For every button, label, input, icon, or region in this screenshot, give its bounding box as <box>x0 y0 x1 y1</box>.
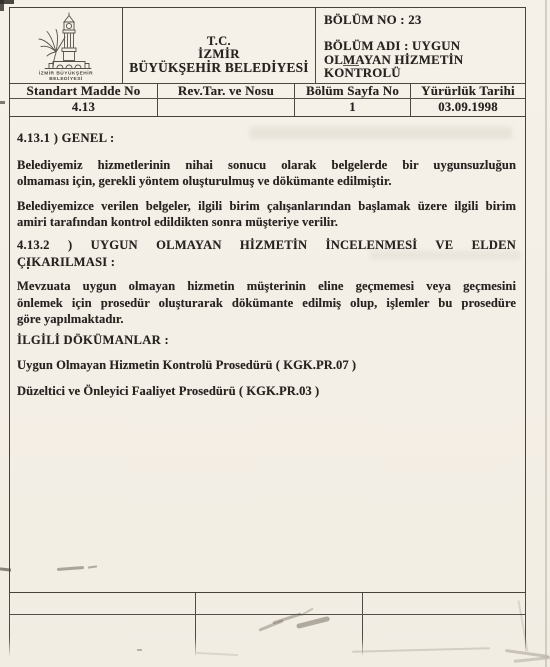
organization-title-cell: T.C. İZMİR BÜYÜKŞEHİR BELEDİYESİ <box>123 8 316 83</box>
org-line-izmir: İZMİR <box>198 48 240 61</box>
paragraph-1: Belediyemiz hizmetlerinin nihai sonucu o… <box>17 157 516 190</box>
related-document-1: Uygun Olmayan Hizmetin Kontrolü Prosedür… <box>17 357 516 373</box>
meta-value-bolum-sayfa-no: 1 <box>295 99 411 116</box>
footer-vertical-line <box>362 593 363 657</box>
paragraph-line: amiri tarafından kontrol edildikten sonr… <box>17 214 516 230</box>
footer-vertical-line <box>9 593 10 657</box>
header-row: İZMİR BÜYÜKŞEHİR BELEDİYESİ T.C. İZMİR B… <box>10 8 525 84</box>
meta-values-row: 4.13 1 03.09.1998 <box>10 99 525 117</box>
scan-artifact-underline <box>343 65 359 66</box>
meta-header-bolum-sayfa-no: Bölüm Sayfa No <box>295 84 411 98</box>
paragraph-2: Belediyemizce verilen belgeler, ilgili b… <box>17 198 516 231</box>
logo-cell: İZMİR BÜYÜKŞEHİR BELEDİYESİ <box>10 8 123 83</box>
section-info-cell: BÖLÜM NO : 23 BÖLÜM ADI : UYGUN OLMAYAN … <box>316 8 525 83</box>
document-body: 4.13.1 ) GENEL : Belediyemiz hizmetlerin… <box>10 117 525 592</box>
scanned-document-page: İZMİR BÜYÜKŞEHİR BELEDİYESİ T.C. İZMİR B… <box>0 0 550 667</box>
meta-value-rev-tar-ve-nosu <box>158 99 295 116</box>
section-name-text: BÖLÜM ADI : UYGUN OLMAYAN HİZMETİN KONTR… <box>324 39 463 80</box>
paragraph-3: Mevzuata uygun olmayan hizmetin müşterin… <box>17 278 516 327</box>
meta-header-row: Standart Madde No Rev.Tar. ve Nosu Bölüm… <box>10 84 525 99</box>
footer-horizontal-line <box>9 614 526 615</box>
section-number: BÖLÜM NO : 23 <box>324 14 517 27</box>
scan-artifact-corner <box>0 0 14 4</box>
meta-header-standart-madde-no: Standart Madde No <box>10 84 158 98</box>
heading-line: 4.13.2 ) UYGUN OLMAYAN HİZMETİN İNCELENM… <box>17 237 516 253</box>
footer-vertical-line <box>195 593 196 657</box>
heading-uygun-olmayan-hizmet: 4.13.2 ) UYGUN OLMAYAN HİZMETİN İNCELENM… <box>17 237 516 270</box>
meta-value-yururluk-tarihi: 03.09.1998 <box>411 99 525 116</box>
paragraph-line: olmaması için, gerekli yöntem oluşturulm… <box>17 173 516 189</box>
page-edge-line <box>545 0 547 667</box>
heading-line: ÇIKARILMASI : <box>17 254 516 270</box>
meta-value-standart-madde-no: 4.13 <box>10 99 158 116</box>
related-document-2: Düzeltici ve Önleyici Faaliyet Prosedürü… <box>17 383 516 399</box>
heading-genel: 4.13.1 ) GENEL : <box>17 130 516 146</box>
logo-caption-line1: İZMİR BÜYÜKŞEHİR <box>39 69 93 76</box>
heading-ilgili-dokumanlar: İLGİLİ DÖKÜMANLAR : <box>17 332 516 348</box>
paragraph-line: Mevzuata uygun olmayan hizmetin müşterin… <box>17 278 516 294</box>
document-table: İZMİR BÜYÜKŞEHİR BELEDİYESİ T.C. İZMİR B… <box>9 7 526 593</box>
meta-header-yururluk-tarihi: Yürürlük Tarihi <box>411 84 525 98</box>
izmir-clock-tower-logo: İZMİR BÜYÜKŞEHİR BELEDİYESİ <box>22 11 110 81</box>
scan-artifact-corner <box>0 0 4 11</box>
paragraph-line: önlemek için prosedür oluşturarak döküma… <box>17 295 516 311</box>
scan-artifact-exclamation <box>27 261 30 269</box>
meta-header-rev-tar-ve-nosu: Rev.Tar. ve Nosu <box>158 84 295 98</box>
section-name: BÖLÜM ADI : UYGUN OLMAYAN HİZMETİN KONTR… <box>324 40 517 80</box>
paragraph-line: göre yapılmaktadır. <box>17 311 516 327</box>
footer-table <box>9 593 526 658</box>
paragraph-line: Belediyemiz hizmetlerinin nihai sonucu o… <box>17 157 516 173</box>
org-line-municipality: BÜYÜKŞEHİR BELEDİYESİ <box>129 61 308 75</box>
footer-vertical-line <box>525 593 526 653</box>
paragraph-line: Belediyemizce verilen belgeler, ilgili b… <box>17 198 516 214</box>
scan-artifact-dash <box>0 101 5 104</box>
